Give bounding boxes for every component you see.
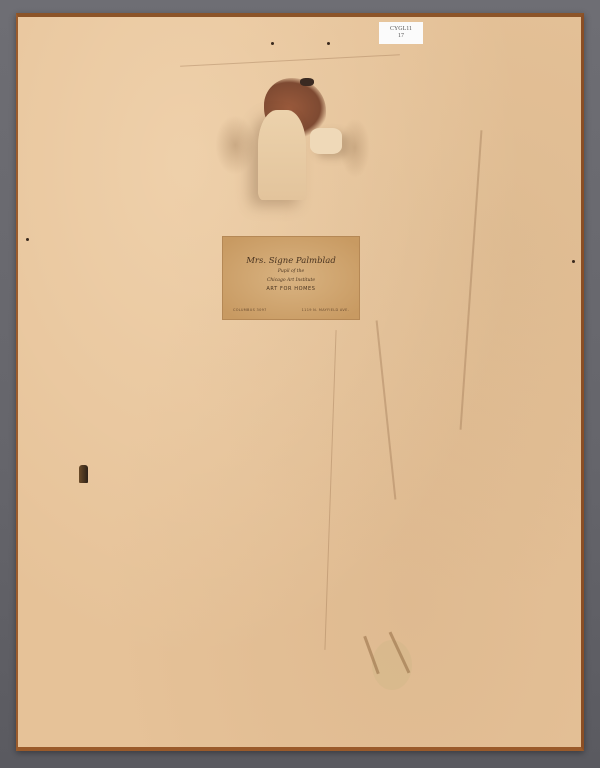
nail-hole [26, 238, 29, 241]
business-card: Mrs. Signe Palmblad Pupil of the Chicago… [222, 236, 360, 320]
paper-curl [310, 128, 342, 154]
card-name: Mrs. Signe Palmblad [223, 256, 359, 266]
card-pupil-line2: Chicago Art Institute [223, 278, 359, 284]
board-hole [79, 465, 88, 483]
tear-shadow [215, 115, 255, 175]
nail-hole [572, 260, 575, 263]
card-pupil-line1: Pupil of the [223, 269, 359, 275]
nail-hole [271, 42, 274, 45]
card-phone: COLUMBUS 3097 [233, 308, 267, 312]
torn-hole [300, 78, 314, 86]
paper-flap [258, 110, 306, 200]
inventory-label: CYGL11 17 [379, 22, 423, 44]
tear-shadow [340, 118, 370, 178]
inventory-code: CYGL11 [379, 26, 423, 33]
inventory-number: 17 [379, 33, 423, 40]
card-title: ART FOR HOMES [223, 286, 359, 292]
nail-hole [327, 42, 330, 45]
card-address: 1119 N. MAYFIELD AVE. [302, 308, 349, 312]
